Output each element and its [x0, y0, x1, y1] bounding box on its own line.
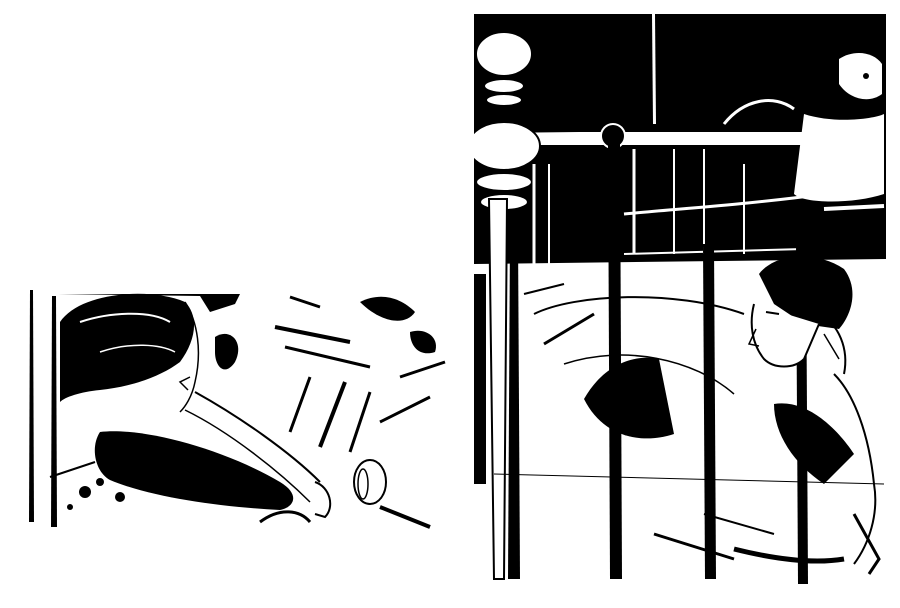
man-bed-illustration: [474, 14, 886, 586]
illustration-woman-panel: [20, 282, 450, 532]
illustration-man-bed-panel: [474, 14, 886, 586]
woman-illustration: [20, 282, 450, 532]
